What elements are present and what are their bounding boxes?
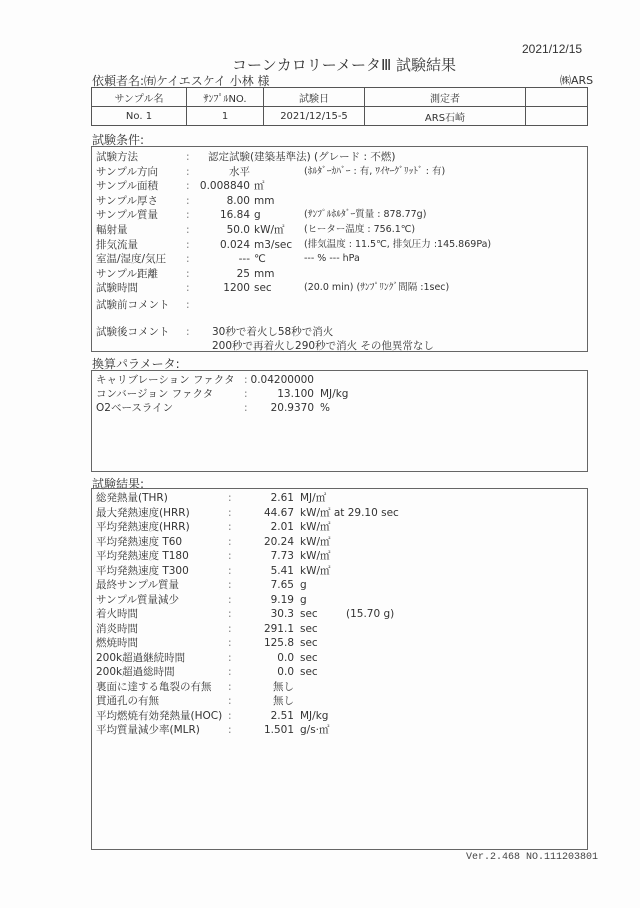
report-date: 2021/12/15: [522, 42, 582, 56]
result-colon: :: [228, 593, 232, 607]
condition-row: 試験方法:認定試験(建築基準法) (グレード : 不燃): [96, 150, 576, 164]
result-colon: :: [228, 578, 232, 592]
post-comment-line-1: 30秒で着火し58秒で消火: [212, 325, 333, 339]
post-comment-line-2: 200秒で再着火し290秒で消火 その他異常なし: [212, 339, 434, 353]
result-row: 燃焼時間:125.8sec: [96, 636, 576, 650]
condition-value: 50.0: [227, 223, 250, 237]
condition-label: 輻射量: [96, 223, 128, 237]
result-row: 貫通孔の有無:無し: [96, 694, 576, 708]
parameter-row: O2ベースライン:20.9370%: [96, 401, 576, 415]
result-value: 無し: [273, 680, 294, 694]
result-label: サンプル質量減少: [96, 593, 179, 607]
result-label: 着火時間: [96, 607, 138, 621]
cell-test-date: 2021/12/15-5: [264, 107, 365, 126]
cell-sample-no: 1: [187, 107, 264, 126]
result-colon: :: [228, 520, 232, 534]
result-label: 平均質量減少率(MLR): [96, 723, 200, 737]
result-value: 5.41: [271, 564, 294, 578]
result-value: 30.3: [271, 607, 294, 621]
condition-label: サンプル距離: [96, 267, 158, 281]
sample-info-table: サンプル名 ｻﾝﾌﾟﾙNO. 試験日 測定者 No. 1 1 2021/12/1…: [91, 87, 588, 126]
condition-row: 試験時間:1200sec(20.0 min) (ｻﾝﾌﾟﾘﾝｸﾞ間隔 :1sec…: [96, 281, 576, 295]
result-label: 200k超過総時間: [96, 665, 175, 679]
parameter-value: 13.100: [277, 387, 314, 401]
header-blank: [526, 88, 588, 107]
result-row: 平均発熱速度 T300:5.41kW/㎡: [96, 564, 576, 578]
result-value: 20.24: [264, 535, 294, 549]
result-colon: :: [228, 491, 232, 505]
table-row: No. 1 1 2021/12/15-5 ARS石崎: [92, 107, 588, 126]
result-unit: sec: [300, 622, 318, 636]
condition-note: (20.0 min) (ｻﾝﾌﾟﾘﾝｸﾞ間隔 :1sec): [304, 281, 449, 295]
result-unit: g: [300, 593, 307, 607]
result-colon: :: [228, 665, 232, 679]
result-value: 1.501: [264, 723, 294, 737]
result-unit: sec: [300, 665, 318, 679]
result-row: 平均発熱速度 T60:20.24kW/㎡: [96, 535, 576, 549]
result-unit: g/s·㎡: [300, 723, 330, 737]
parameter-row: コンバージョン ファクタ:13.100MJ/kg: [96, 387, 576, 401]
condition-colon: :: [186, 267, 190, 281]
result-colon: :: [228, 506, 232, 520]
parameter-value: 20.9370: [271, 401, 314, 415]
result-unit: kW/㎡: [300, 520, 331, 534]
pre-comment-colon: :: [186, 298, 190, 312]
condition-label: 試験方法: [96, 150, 138, 164]
condition-unit: sec: [254, 281, 272, 295]
condition-label: サンプル質量: [96, 208, 158, 222]
condition-unit: mm: [254, 267, 274, 281]
header-operator: 測定者: [365, 88, 526, 107]
result-row: 消炎時間:291.1sec: [96, 622, 576, 636]
result-unit: kW/㎡: [300, 535, 331, 549]
result-colon: :: [228, 607, 232, 621]
result-value: 44.67: [264, 506, 294, 520]
condition-label: 試験時間: [96, 281, 138, 295]
condition-row: 室温/湿度/気圧:---℃--- % --- hPa: [96, 252, 576, 266]
condition-label: 室温/湿度/気圧: [96, 252, 166, 266]
result-colon: :: [228, 680, 232, 694]
result-note: (15.70 g): [346, 607, 394, 621]
result-colon: :: [228, 535, 232, 549]
condition-colon: :: [186, 238, 190, 252]
result-row: 最大発熱速度(HRR):44.67kW/㎡ at 29.10 sec: [96, 506, 576, 520]
condition-colon: :: [186, 281, 190, 295]
result-colon: :: [228, 564, 232, 578]
result-value: 7.65: [271, 578, 294, 592]
condition-row: 排気流量:0.024m3/sec(排気温度 : 11.5℃, 排気圧力 :145…: [96, 238, 576, 252]
post-comment-label: 試験後コメント: [96, 325, 170, 339]
parameter-label: コンバージョン ファクタ: [96, 387, 213, 401]
condition-colon: :: [186, 208, 190, 222]
condition-label: 排気流量: [96, 238, 138, 252]
result-label: 貫通孔の有無: [96, 694, 159, 708]
condition-note: (ｻﾝﾌﾟﾙﾎﾙﾀﾞｰ質量 : 878.77g): [304, 208, 426, 222]
condition-note: --- % --- hPa: [304, 252, 360, 266]
result-label: 平均発熱速度 T180: [96, 549, 189, 563]
cell-blank: [526, 107, 588, 126]
result-unit: kW/㎡: [300, 549, 331, 563]
post-test-comment-row: 試験後コメント:30秒で着火し58秒で消火200秒で再着火し290秒で消火 その…: [96, 325, 576, 355]
result-value: 125.8: [264, 636, 294, 650]
result-colon: :: [228, 723, 232, 737]
result-value: 7.73: [271, 549, 294, 563]
parameter-colon: :: [244, 373, 248, 387]
result-label: 平均燃焼有効発熱量(HOC): [96, 709, 222, 723]
condition-label: サンプル厚さ: [96, 194, 158, 208]
result-row: 最終サンプル質量:7.65g: [96, 578, 576, 592]
result-value: 2.01: [271, 520, 294, 534]
result-value: 0.0: [277, 651, 294, 665]
condition-unit: g: [254, 208, 261, 222]
result-unit: sec: [300, 636, 318, 650]
header-sample-no: ｻﾝﾌﾟﾙNO.: [187, 88, 264, 107]
cell-operator: ARS石崎: [365, 107, 526, 126]
company-name: ㈱ARS: [560, 72, 593, 88]
pre-test-comment-row: 試験前コメント:: [96, 298, 576, 312]
condition-label: サンプル方向: [96, 165, 158, 179]
condition-colon: :: [186, 165, 190, 179]
condition-row: サンプル距離:25mm: [96, 267, 576, 281]
condition-value: 0.024: [220, 238, 250, 252]
condition-colon: :: [186, 179, 190, 193]
result-label: 燃焼時間: [96, 636, 138, 650]
condition-value: 0.008840: [200, 179, 250, 193]
condition-row: サンプル質量:16.84g(ｻﾝﾌﾟﾙﾎﾙﾀﾞｰ質量 : 878.77g): [96, 208, 576, 222]
parameters-box: キャリブレーション ファクタ:0.04200000コンバージョン ファクタ:13…: [91, 370, 588, 472]
condition-value: 水平: [229, 165, 250, 179]
results-box: 総発熱量(THR):2.61MJ/㎡最大発熱速度(HRR):44.67kW/㎡ …: [91, 488, 588, 850]
parameter-colon: :: [244, 401, 248, 415]
result-unit: kW/㎡ at 29.10 sec: [300, 506, 399, 520]
result-label: 平均発熱速度(HRR): [96, 520, 190, 534]
result-label: 平均発熱速度 T300: [96, 564, 189, 578]
condition-note: (ﾎﾙﾀﾞｰｶﾊﾞｰ : 有, ﾜｲﾔｰｸﾞﾘｯﾄﾞ : 有): [304, 165, 445, 179]
result-value: 291.1: [264, 622, 294, 636]
parameter-unit: %: [320, 401, 330, 415]
condition-row: サンプル面積:0.008840㎡: [96, 179, 576, 193]
condition-value: 25: [237, 267, 250, 281]
result-label: 最大発熱速度(HRR): [96, 506, 190, 520]
parameter-label: キャリブレーション ファクタ: [96, 373, 235, 387]
result-row: サンプル質量減少:9.19g: [96, 593, 576, 607]
condition-colon: :: [186, 194, 190, 208]
pre-comment-label: 試験前コメント: [96, 298, 170, 312]
result-colon: :: [228, 622, 232, 636]
result-unit: g: [300, 578, 307, 592]
result-row: 総発熱量(THR):2.61MJ/㎡: [96, 491, 576, 505]
result-row: 平均発熱速度(HRR):2.01kW/㎡: [96, 520, 576, 534]
result-colon: :: [228, 549, 232, 563]
result-row: 200k超過総時間:0.0sec: [96, 665, 576, 679]
condition-unit: ㎡: [254, 179, 265, 193]
cell-sample-name: No. 1: [92, 107, 187, 126]
result-label: 裏面に達する亀裂の有無: [96, 680, 212, 694]
condition-value: 認定試験(建築基準法) (グレード : 不燃): [208, 150, 395, 164]
result-unit: MJ/kg: [300, 709, 328, 723]
condition-colon: :: [186, 252, 190, 266]
header-sample-name: サンプル名: [92, 88, 187, 107]
parameter-unit: MJ/kg: [320, 387, 348, 401]
parameter-label: O2ベースライン: [96, 401, 173, 415]
condition-unit: kW/㎡: [254, 223, 285, 237]
result-value: 2.61: [271, 491, 294, 505]
condition-row: サンプル方向:水平(ﾎﾙﾀﾞｰｶﾊﾞｰ : 有, ﾜｲﾔｰｸﾞﾘｯﾄﾞ : 有): [96, 165, 576, 179]
result-value: 2.51: [271, 709, 294, 723]
result-value: 無し: [273, 694, 294, 708]
result-row: 平均質量減少率(MLR):1.501g/s·㎡: [96, 723, 576, 737]
condition-value: 1200: [223, 281, 250, 295]
condition-colon: :: [186, 150, 190, 164]
result-colon: :: [228, 636, 232, 650]
result-value: 0.0: [277, 665, 294, 679]
parameter-colon: :: [244, 387, 248, 401]
condition-note: (排気温度 : 11.5℃, 排気圧力 :145.869Pa): [304, 238, 491, 252]
result-colon: :: [228, 694, 232, 708]
parameter-row: キャリブレーション ファクタ:0.04200000: [96, 373, 576, 387]
version-footer: Ver.2.468 NO.111203801: [466, 852, 598, 863]
result-unit: sec: [300, 607, 318, 621]
condition-value: 16.84: [220, 208, 250, 222]
condition-value: 8.00: [227, 194, 250, 208]
result-row: 裏面に達する亀裂の有無:無し: [96, 680, 576, 694]
result-label: 総発熱量(THR): [96, 491, 168, 505]
conditions-box: 試験方法:認定試験(建築基準法) (グレード : 不燃)サンプル方向:水平(ﾎﾙ…: [91, 146, 588, 352]
post-comment-colon: :: [186, 325, 190, 339]
result-value: 9.19: [271, 593, 294, 607]
result-row: 着火時間:30.3sec(15.70 g): [96, 607, 576, 621]
parameter-value: 0.04200000: [251, 373, 314, 387]
condition-unit: m3/sec: [254, 238, 292, 252]
condition-value: ---: [239, 252, 250, 266]
condition-unit: ℃: [254, 252, 266, 266]
condition-row: 輻射量:50.0kW/㎡(ヒーター温度 : 756.1℃): [96, 223, 576, 237]
result-unit: sec: [300, 651, 318, 665]
condition-colon: :: [186, 223, 190, 237]
result-row: 平均燃焼有効発熱量(HOC):2.51MJ/kg: [96, 709, 576, 723]
result-row: 200k超過継続時間:0.0sec: [96, 651, 576, 665]
table-header-row: サンプル名 ｻﾝﾌﾟﾙNO. 試験日 測定者: [92, 88, 588, 107]
result-row: 平均発熱速度 T180:7.73kW/㎡: [96, 549, 576, 563]
result-colon: :: [228, 651, 232, 665]
result-label: 最終サンプル質量: [96, 578, 179, 592]
header-test-date: 試験日: [264, 88, 365, 107]
condition-unit: mm: [254, 194, 274, 208]
condition-label: サンプル面積: [96, 179, 158, 193]
condition-note: (ヒーター温度 : 756.1℃): [304, 223, 415, 237]
result-colon: :: [228, 709, 232, 723]
result-label: 平均発熱速度 T60: [96, 535, 182, 549]
result-unit: kW/㎡: [300, 564, 331, 578]
result-unit: MJ/㎡: [300, 491, 326, 505]
result-label: 200k超過継続時間: [96, 651, 185, 665]
result-label: 消炎時間: [96, 622, 138, 636]
condition-row: サンプル厚さ:8.00mm: [96, 194, 576, 208]
